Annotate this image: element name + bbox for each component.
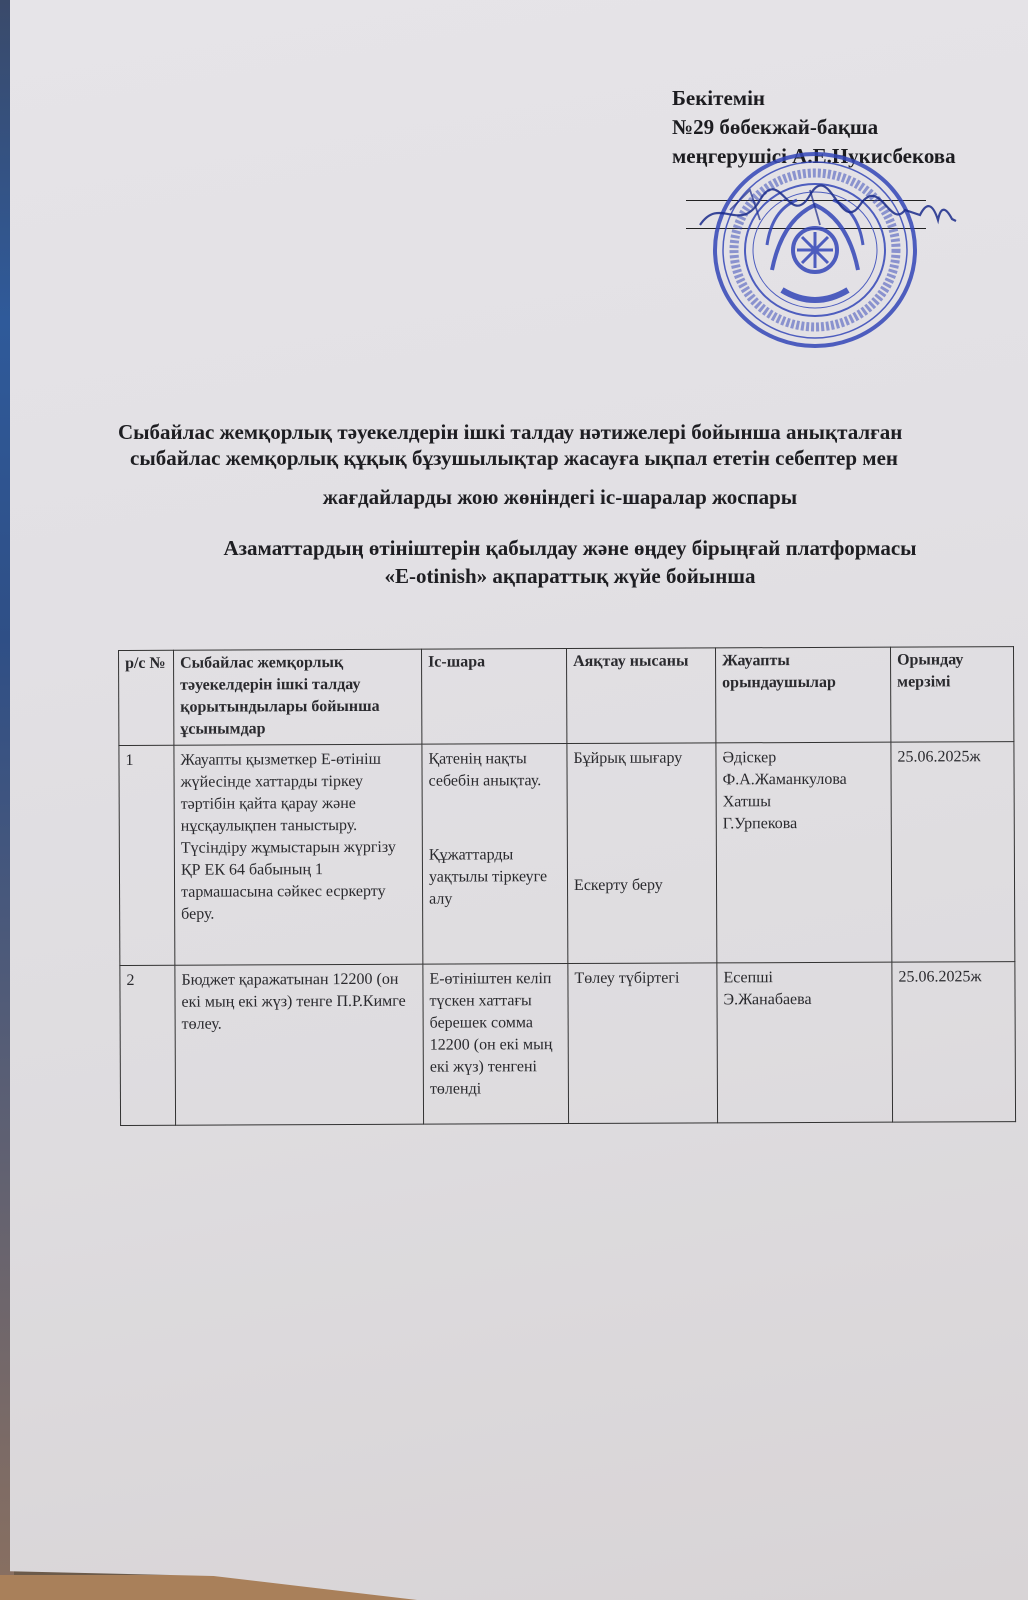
responsible-text: Ф.А.Жаманкулова [723, 769, 885, 792]
row-number: 1 [119, 745, 175, 965]
table-row: 1 Жауапты қызметкер Е-өтініш жүйесінде х… [119, 742, 1015, 966]
responsible-text: Э.Жанабаева [723, 989, 885, 1012]
approval-organization: №29 бөбекжай-бақша [672, 113, 1028, 142]
completion-text: Бұйрық шығару [573, 747, 709, 770]
action-plan-table: р/с № Сыбайлас жемқорлық тәуекелдерін іш… [118, 646, 1016, 1126]
recommendation-text: Түсіндіру жұмыстарын жүргізу [181, 837, 416, 860]
table-header-row: р/с № Сыбайлас жемқорлық тәуекелдерін іш… [119, 647, 1014, 746]
approval-block: Бекітемін №29 бөбекжай-бақша меңгерушісі… [672, 84, 1028, 171]
header-deadline: Орындау мерзімі [890, 647, 1013, 743]
responsible-text: Хатшы [723, 791, 885, 814]
approval-signatory: меңгерушісі А.Е.Нукисбекова [672, 142, 1028, 171]
responsible-text: Әдіскер [722, 747, 884, 770]
recommendation-text: Бюджет қаражатынан 12200 (он екі мың екі… [181, 969, 416, 1036]
row-deadline: 25.06.2025ж [891, 742, 1015, 963]
row-measure: Қатенің нақты себебін анықтау. Құжаттард… [422, 744, 568, 965]
row-deadline: 25.06.2025ж [892, 962, 1016, 1123]
responsible-text: Есепші [723, 967, 885, 990]
row-number: 2 [120, 965, 176, 1125]
completion-text: Төлеу түбіртегі [574, 967, 710, 990]
responsible-text: Г.Урпекова [723, 813, 885, 836]
header-measure: Іс-шара [421, 649, 566, 745]
row-recommendation: Бюджет қаражатынан 12200 (он екі мың екі… [175, 964, 424, 1125]
measure-text: Құжаттарды уақтылы тіркеуге алу [429, 844, 561, 911]
document-title-line-2: сыбайлас жемқорлық құқық бұзушылықтар жа… [130, 444, 1028, 472]
date-line [686, 228, 926, 229]
row-completion-form: Бұйрық шығару Ескерту беру [567, 743, 717, 964]
row-recommendation: Жауапты қызметкер Е-өтініш жүйесінде хат… [174, 744, 423, 965]
measure-text: Қатенің нақты себебін анықтау. [428, 748, 560, 793]
approval-heading: Бекітемін [672, 84, 1028, 113]
signature-line [686, 200, 926, 201]
completion-text: Ескерту беру [574, 874, 710, 897]
document-subtitle-line-1: Азаматтардың өтініштерін қабылдау және ө… [160, 534, 980, 562]
row-completion-form: Төлеу түбіртегі [568, 963, 718, 1124]
table-row: 2 Бюджет қаражатынан 12200 (он екі мың е… [120, 962, 1016, 1126]
document-title-line-1: Сыбайлас жемқорлық тәуекелдерін ішкі тал… [118, 418, 1028, 446]
row-responsible: Есепші Э.Жанабаева [717, 962, 893, 1123]
document-title-line-3: жағдайларды жою жөніндегі іс-шаралар жос… [160, 483, 960, 511]
row-measure: Е-өтініштен келіп түскен хаттағы берешек… [423, 964, 569, 1125]
row-responsible: Әдіскер Ф.А.Жаманкулова Хатшы Г.Урпекова [716, 742, 892, 963]
header-number: р/с № [119, 650, 174, 745]
recommendation-text: Жауапты қызметкер Е-өтініш жүйесінде хат… [180, 749, 415, 838]
header-completion-form: Аяқтау нысаны [566, 648, 715, 744]
document-subtitle-line-2: «E-otinish» ақпараттық жүйе бойынша [160, 562, 980, 590]
header-responsible: Жауапты орындаушылар [715, 647, 890, 743]
header-recommendation: Сыбайлас жемқорлық тәуекелдерін ішкі тал… [174, 649, 422, 745]
recommendation-text: ҚР ЕК 64 бабының 1 тармашасына сәйкес ес… [181, 859, 416, 926]
measure-text: Е-өтініштен келіп түскен хаттағы берешек… [429, 968, 562, 1101]
